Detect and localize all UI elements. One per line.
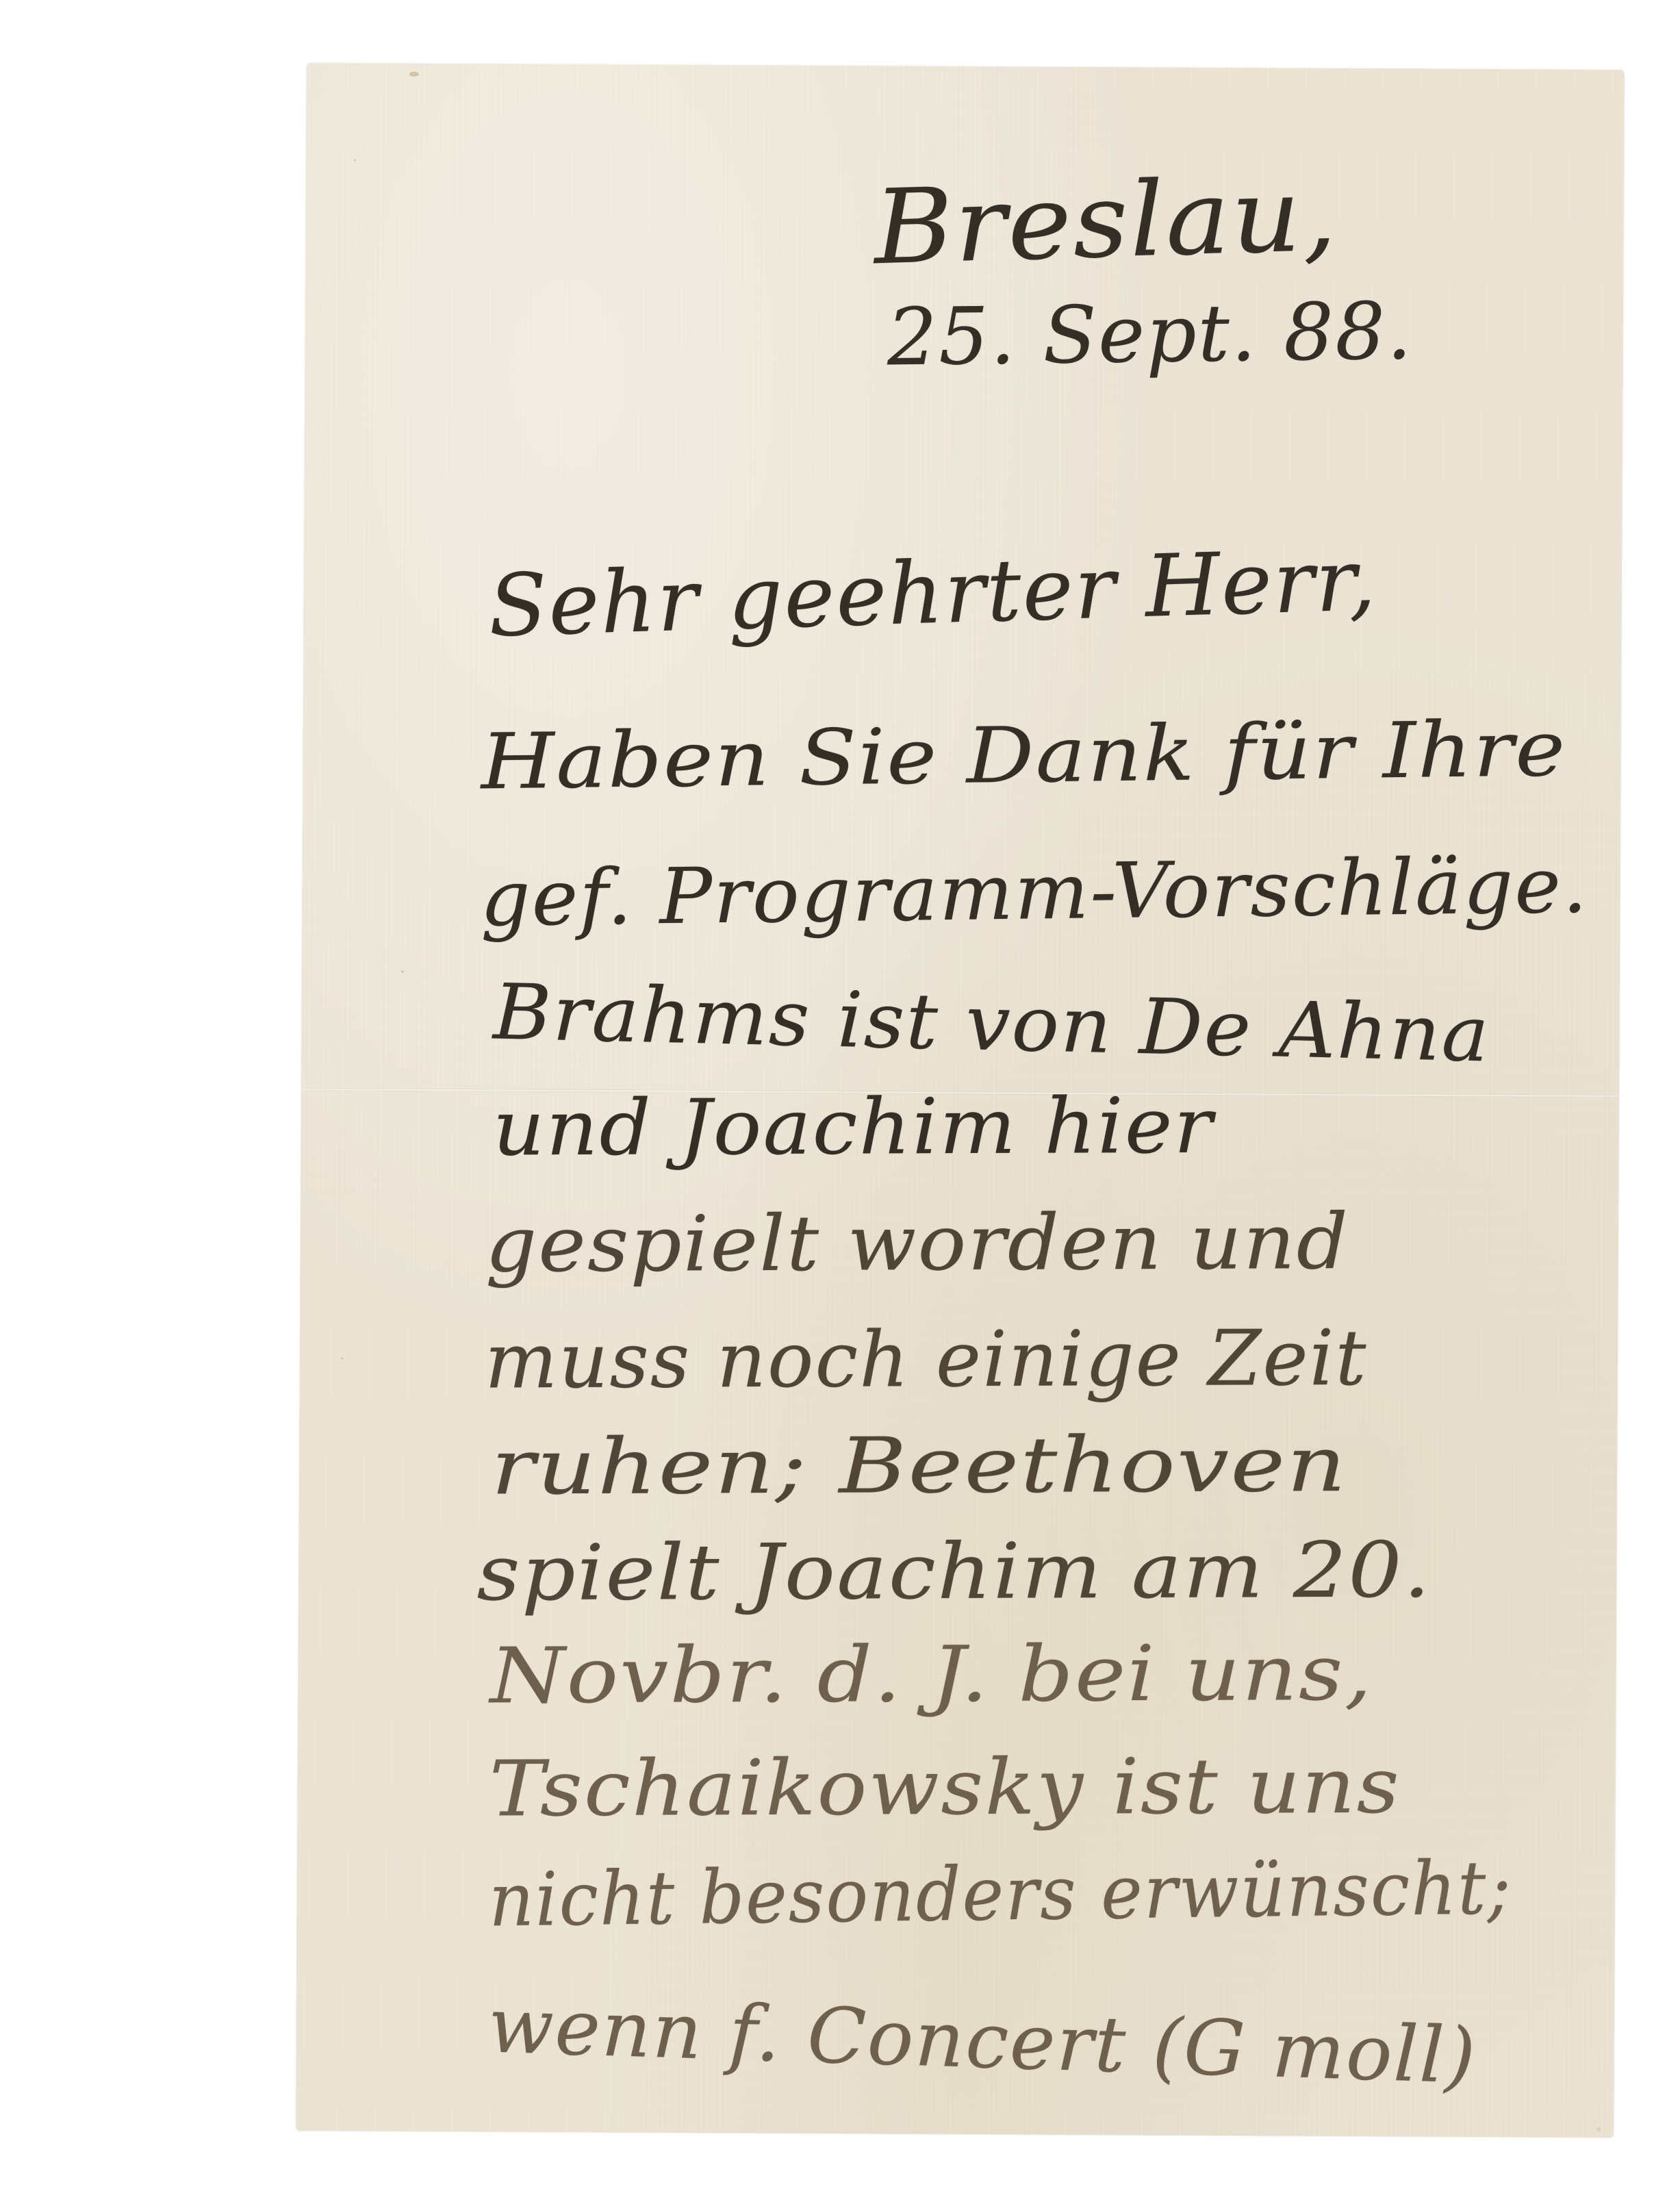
letter-salutation: Sehr geehrter Herr, (487, 531, 1379, 656)
letter-place: Breslau, (872, 155, 1340, 288)
body-line-4: und Joachim hier (493, 1082, 1214, 1174)
letter-date: 25. Sept. 88. (887, 286, 1414, 383)
body-line-8: spielt Joachim am 20. (476, 1525, 1431, 1618)
body-line-2: gef. Programm-Vorschläge. (480, 841, 1589, 944)
body-line-9: Novbr. d. J. bei uns, (489, 1629, 1373, 1721)
letter-sheet: Breslau, 25. Sept. 88. Sehr geehrter Her… (296, 63, 1625, 2138)
body-line-11: nicht besonders erwünscht; (488, 1845, 1512, 1943)
paper-fleck (354, 159, 356, 161)
paper-fleck (401, 971, 404, 973)
body-line-3: Brahms ist von De Ahna (492, 967, 1491, 1079)
body-line-10: Tschaikowsky ist uns (489, 1742, 1401, 1834)
body-line-12: wenn f. Concert (G moll) (487, 1981, 1478, 2101)
body-line-1: Haben Sie Dank für Ihre (481, 705, 1567, 807)
body-line-6: muss noch einige Zeit (485, 1314, 1368, 1406)
body-line-5: gespielt worden und (485, 1198, 1350, 1289)
body-line-7: ruhen; Beethoven (491, 1420, 1348, 1512)
paper-fleck (341, 1357, 343, 1359)
paper-fleck (409, 72, 419, 77)
paper-fleck (1596, 2127, 1601, 2131)
